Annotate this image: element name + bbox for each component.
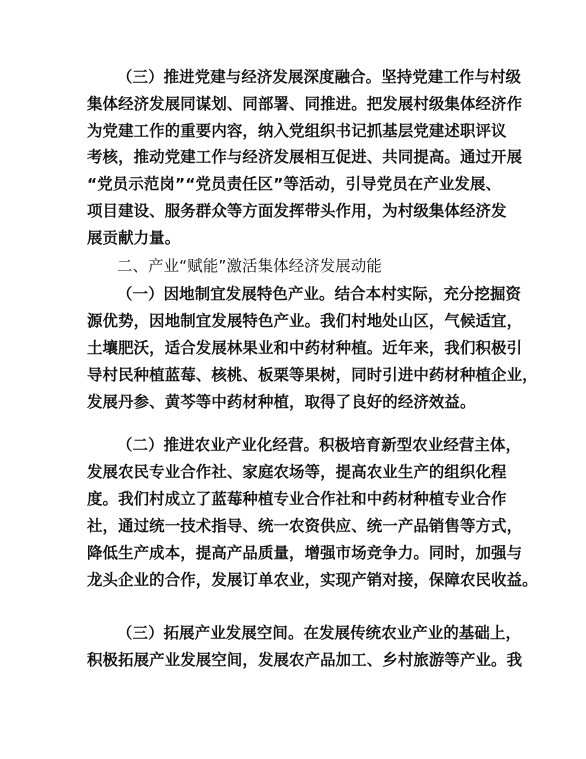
paragraph-line: 龙头企业的合作，发展订单农业，实现产销对接，保障农民收益。 (87, 570, 507, 590)
paragraph-line: （三）推进党建与经济发展深度融合。坚持党建工作与村级 (117, 67, 537, 87)
paragraph-line: 发展农民专业合作社、家庭农场等，提高农业生产的组织化程 (87, 462, 507, 482)
paragraph-line: （三）拓展产业发展空间。在发展传统农业产业的基础上， (117, 623, 537, 643)
paragraph-line: 社，通过统一技术指导、统一农资供应、统一产品销售等方式， (87, 516, 507, 536)
paragraph-line: 发展丹参、黄芩等中药材种植，取得了良好的经济效益。 (87, 392, 507, 412)
paragraph-line: （二）推进农业产业化经营。积极培育新型农业经营主体， (117, 435, 537, 455)
paragraph-line: 源优势，因地制宜发展特色产业。我们村地处山区，气候适宜， (87, 311, 507, 331)
paragraph-line: 考核，推动党建工作与经济发展相互促进、共同提高。通过开展 (87, 147, 507, 167)
section-heading: 二、产业“赋能”激活集体经济发展动能 (117, 256, 537, 276)
paragraph-line: （一）因地制宜发展特色产业。结合本村实际，充分挖掘资 (117, 284, 537, 304)
paragraph-line: 导村民种植蓝莓、核桃、板栗等果树，同时引进中药材种植企业， (87, 365, 507, 385)
paragraph-line: 项目建设、服务群众等方面发挥带头作用，为村级集体经济发 (87, 201, 507, 221)
paragraph-line: 土壤肥沃，适合发展林果业和中药材种植。近年来，我们积极引 (87, 338, 507, 358)
paragraph-line: “党员示范岗”“党员责任区”等活动，引导党员在产业发展、 (87, 174, 507, 194)
paragraph-line: 展贡献力量。 (87, 228, 507, 248)
paragraph-line: 积极拓展产业发展空间，发展农产品加工、乡村旅游等产业。我 (87, 650, 507, 670)
paragraph-line: 集体经济发展同谋划、同部署、同推进。把发展村级集体经济作 (87, 94, 507, 114)
paragraph-line: 降低生产成本，提高产品质量，增强市场竞争力。同时，加强与 (87, 543, 507, 563)
paragraph-line: 度。我们村成立了蓝莓种植专业合作社和中药材种植专业合作 (87, 489, 507, 509)
paragraph-line: 为党建工作的重要内容，纳入党组织书记抓基层党建述职评议 (87, 121, 507, 141)
